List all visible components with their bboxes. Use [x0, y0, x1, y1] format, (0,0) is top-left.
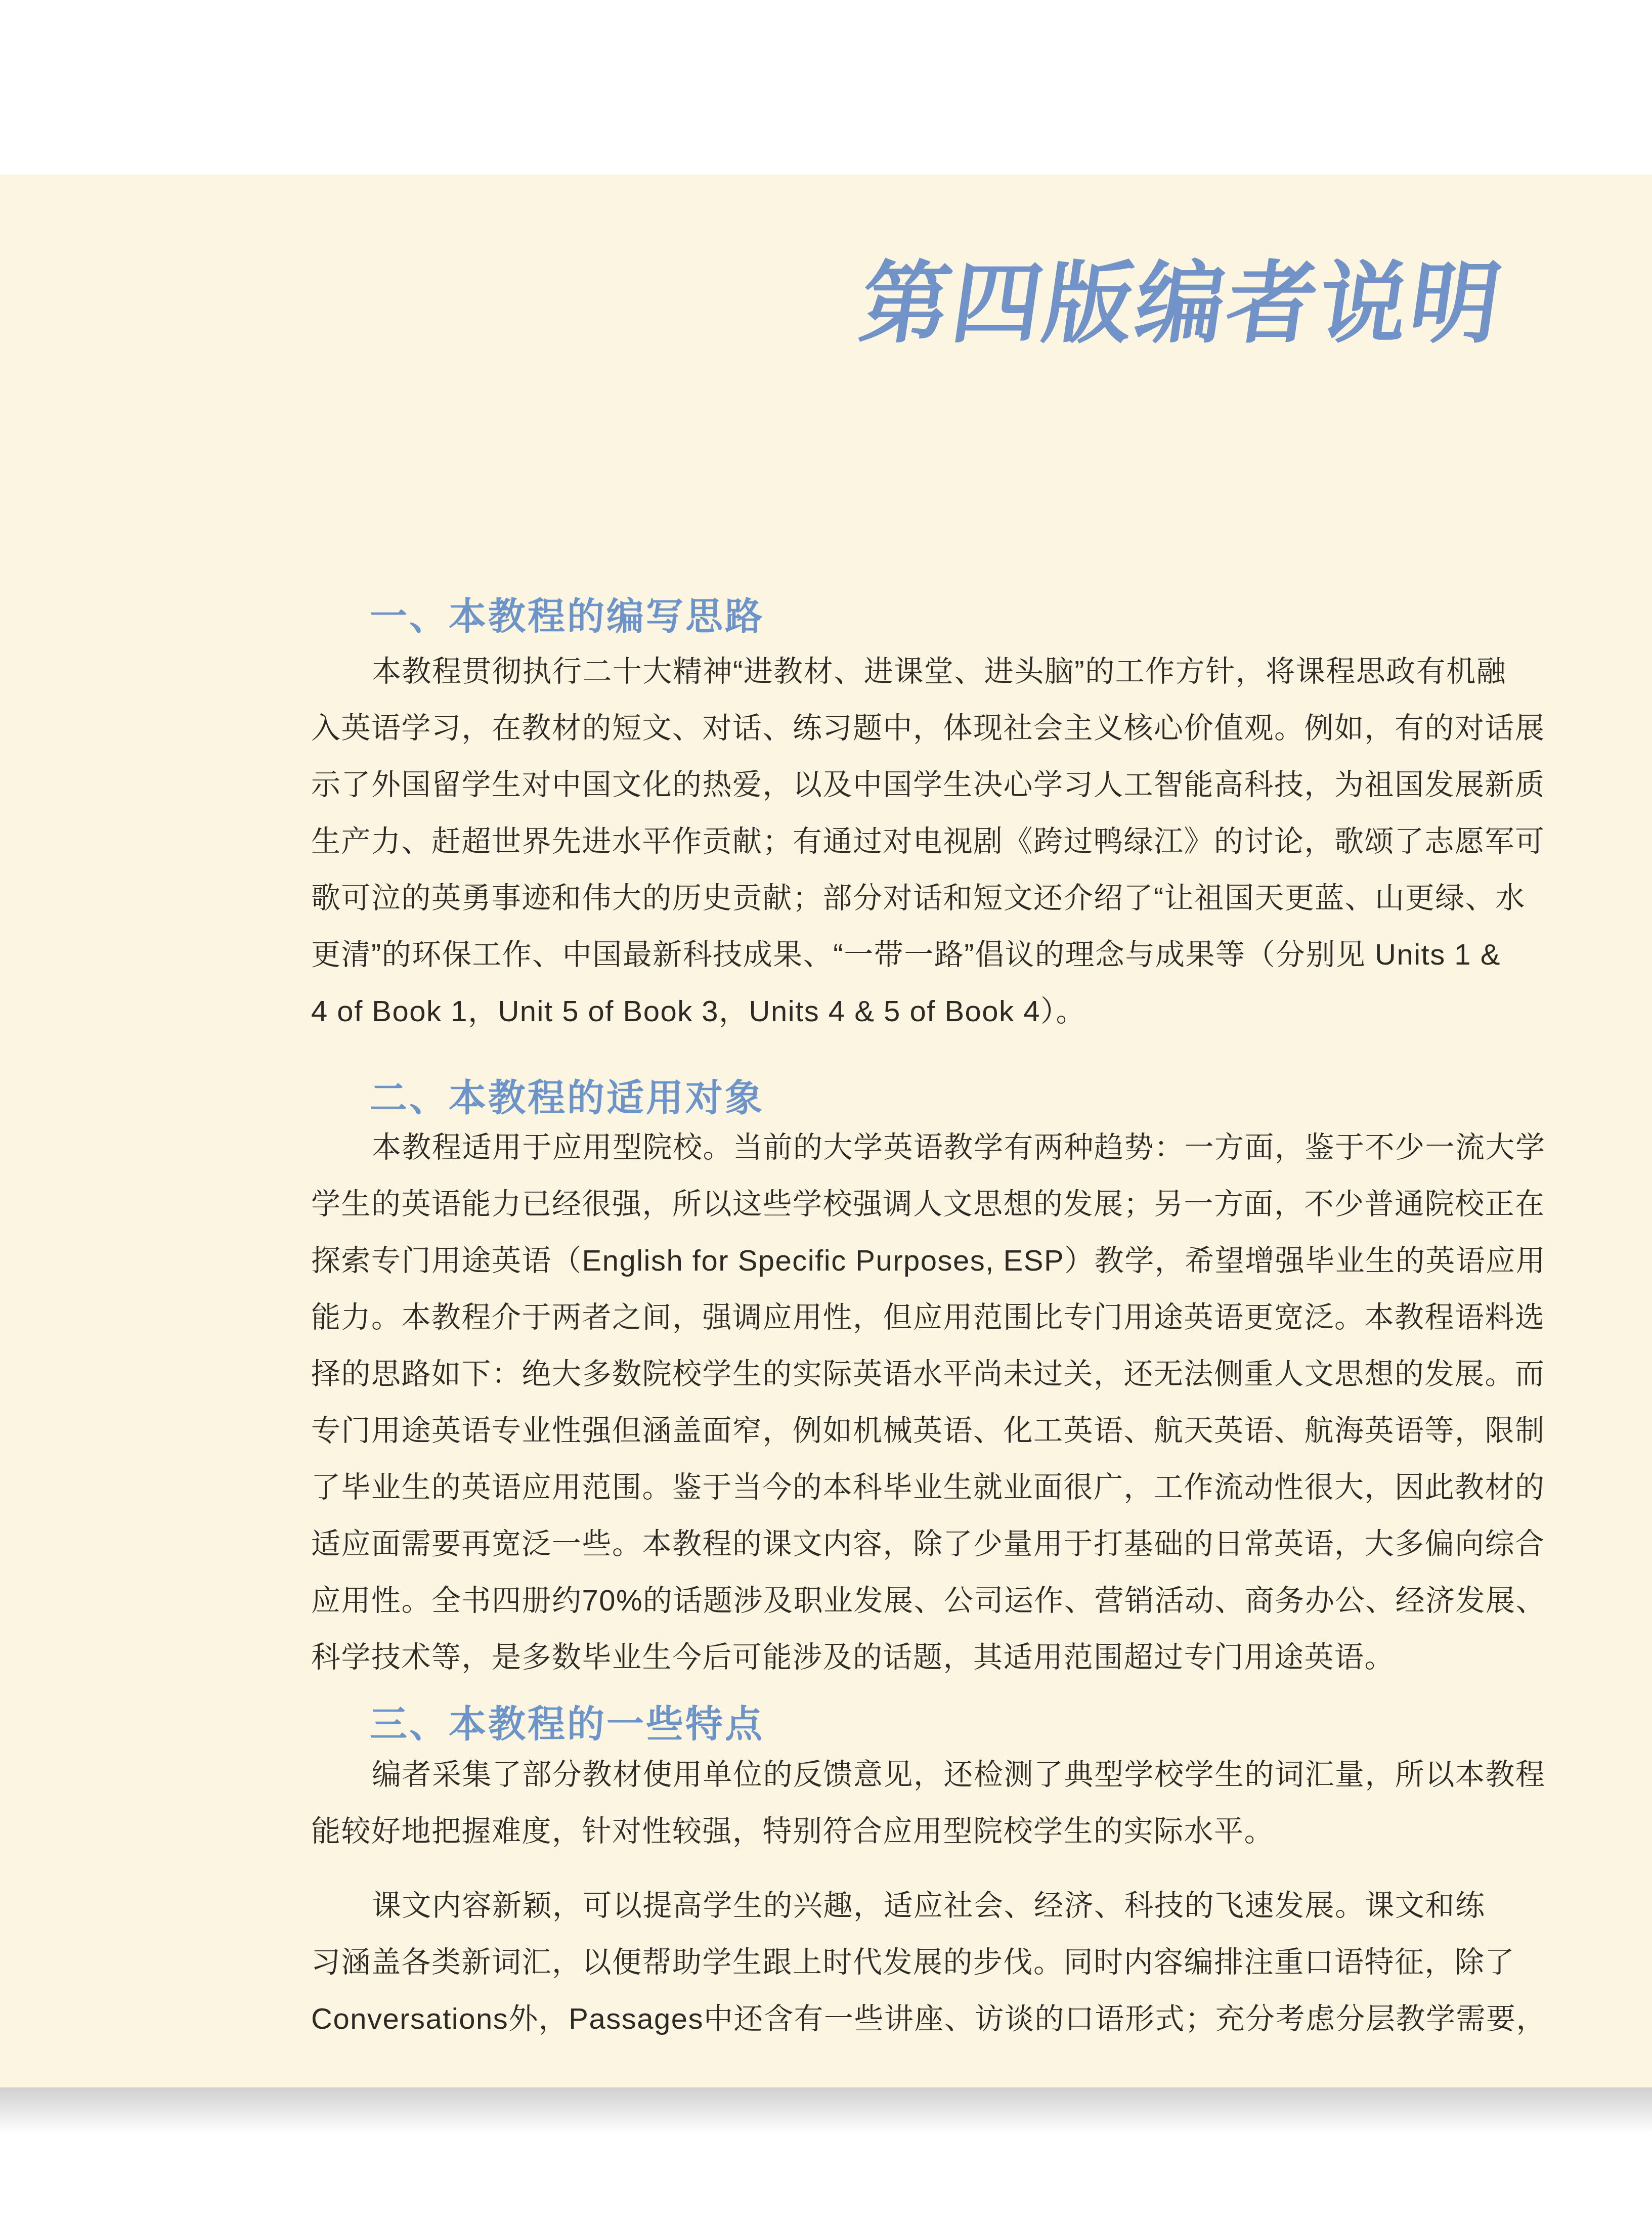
- text-line: 本教程贯彻执行二十大精神“进教材、进课堂、进头脑”的工作方针，将课程思政有机融: [311, 643, 1540, 700]
- text-line: 习涵盖各类新词汇，以便帮助学生跟上时代发展的步伐。同时内容编排注重口语特征，除了: [311, 1934, 1540, 1991]
- text-line: 4 of Book 1，Unit 5 of Book 3，Units 4 & 5…: [311, 983, 1540, 1040]
- text-line: 生产力、赶超世界先进水平作贡献；有通过对电视剧《跨过鸭绿江》的讨论，歌颂了志愿军…: [311, 813, 1540, 870]
- text-line: Conversations外，Passages中还含有一些讲座、访谈的口语形式；…: [311, 1991, 1540, 2047]
- text-line: 适应面需要再宽泛一些。本教程的课文内容，除了少量用于打基础的日常英语，大多偏向综…: [311, 1516, 1540, 1573]
- section-heading-2: 二、本教程的适用对象: [370, 1079, 764, 1117]
- text-line: 更清”的环保工作、中国最新科技成果、“一带一路”倡议的理念与成果等（分别见 Un…: [311, 927, 1540, 983]
- text-line: 择的思路如下：绝大多数院校学生的实际英语水平尚未过关，还无法侧重人文思想的发展。…: [311, 1346, 1540, 1403]
- section-3-paragraph-1: 编者采集了部分教材使用单位的反馈意见，还检测了典型学校学生的词汇量，所以本教程能…: [311, 1747, 1540, 1860]
- text-line: 示了外国留学生对中国文化的热爱，以及中国学生决心学习人工智能高科技，为祖国发展新…: [311, 757, 1540, 813]
- text-line: 歌可泣的英勇事迹和伟大的历史贡献；部分对话和短文还介绍了“让祖国天更蓝、山更绿、…: [311, 870, 1540, 927]
- section-2-paragraph-1: 本教程适用于应用型院校。当前的大学英语教学有两种趋势：一方面，鉴于不少一流大学学…: [311, 1119, 1540, 1686]
- text-line: 学生的英语能力已经很强，所以这些学校强调人文思想的发展；另一方面，不少普通院校正…: [311, 1176, 1540, 1233]
- text-line: 本教程适用于应用型院校。当前的大学英语教学有两种趋势：一方面，鉴于不少一流大学: [311, 1119, 1540, 1176]
- text-line: 能力。本教程介于两者之间，强调应用性，但应用范围比专门用途英语更宽泛。本教程语料…: [311, 1289, 1540, 1346]
- document-title: 第四版编者说明: [854, 252, 1509, 357]
- text-line: 编者采集了部分教材使用单位的反馈意见，还检测了典型学校学生的词汇量，所以本教程: [311, 1747, 1540, 1803]
- text-line: 专门用途英语专业性强但涵盖面窄，例如机械英语、化工英语、航天英语、航海英语等，限…: [311, 1403, 1540, 1459]
- section-heading-3: 三、本教程的一些特点: [370, 1706, 764, 1743]
- text-line: 课文内容新颖，可以提高学生的兴趣，适应社会、经济、科技的飞速发展。课文和练: [311, 1878, 1540, 1934]
- text-line: 探索专门用途英语（English for Specific Purposes, …: [311, 1233, 1540, 1289]
- section-heading-1: 一、本教程的编写思路: [370, 598, 764, 635]
- text-line: 了毕业生的英语应用范围。鉴于当今的本科毕业生就业面很广，工作流动性很大，因此教材…: [311, 1459, 1540, 1516]
- text-line: 能较好地把握难度，针对性较强，特别符合应用型院校学生的实际水平。: [311, 1803, 1540, 1860]
- section-3-paragraph-2: 课文内容新颖，可以提高学生的兴趣，适应社会、经济、科技的飞速发展。课文和练习涵盖…: [311, 1878, 1540, 2047]
- text-line: 入英语学习，在教材的短文、对话、练习题中，体现社会主义核心价值观。例如，有的对话…: [311, 700, 1540, 757]
- section-1-paragraph-1: 本教程贯彻执行二十大精神“进教材、进课堂、进头脑”的工作方针，将课程思政有机融入…: [311, 643, 1540, 1040]
- text-line: 应用性。全书四册约70%的话题涉及职业发展、公司运作、营销活动、商务办公、经济发…: [311, 1573, 1540, 1629]
- text-line: 科学技术等，是多数毕业生今后可能涉及的话题，其适用范围超过专门用途英语。: [311, 1629, 1540, 1686]
- paper-bottom-shadow: [0, 2087, 1652, 2134]
